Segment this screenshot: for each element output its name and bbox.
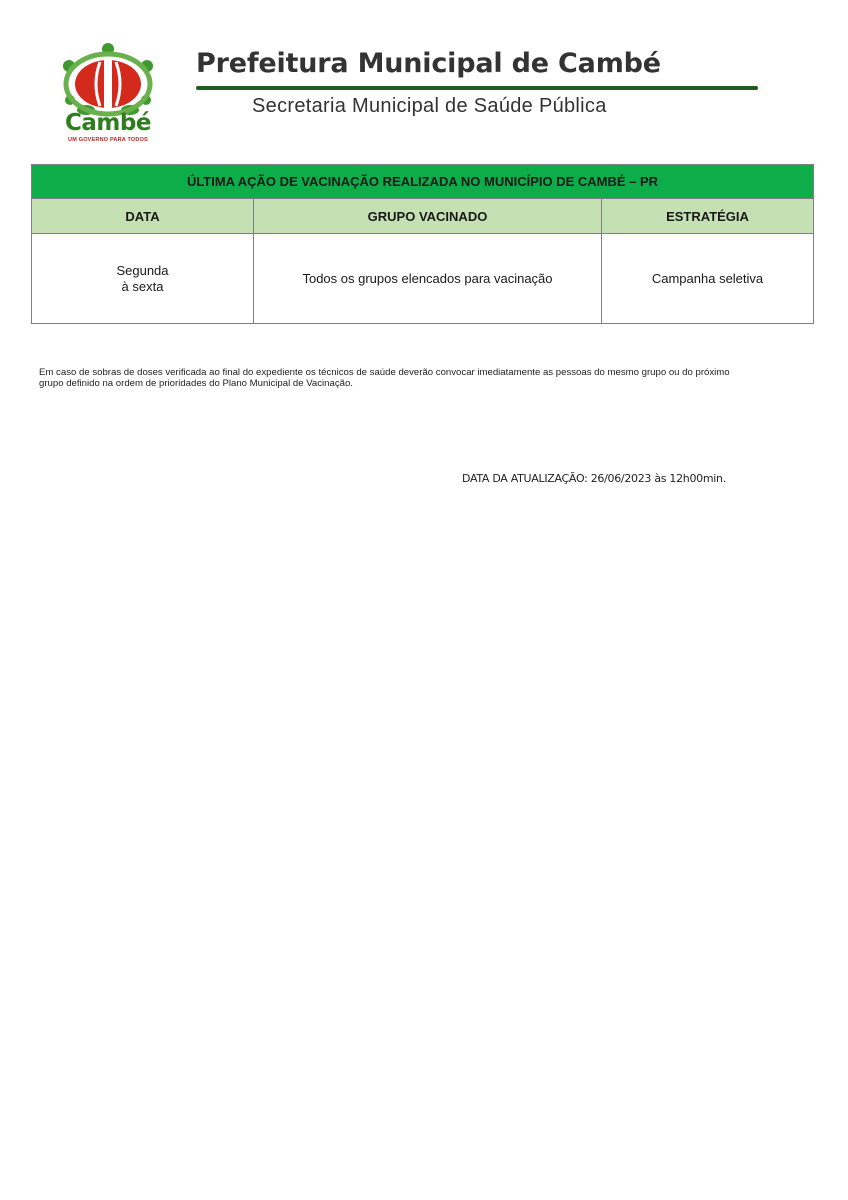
logo-slogan: UM GOVERNO PARA TODOS <box>52 138 164 144</box>
cell-data: Segunda à sexta <box>32 234 254 324</box>
cell-estrategia: Campanha seletiva <box>602 234 814 324</box>
column-header-grupo: GRUPO VACINADO <box>254 199 602 234</box>
table-title-row: ÚLTIMA AÇÃO DE VACINAÇÃO REALIZADA NO MU… <box>32 165 814 199</box>
table-header-row: DATA GRUPO VACINADO ESTRATÉGIA <box>32 199 814 234</box>
header-divider <box>196 86 758 90</box>
cell-data-line1: Segunda <box>116 263 168 278</box>
page-title: Prefeitura Municipal de Cambé <box>196 48 661 79</box>
logo-wordmark: Cambé <box>50 112 166 135</box>
column-header-data: DATA <box>32 199 254 234</box>
update-timestamp: DATA DA ATUALIZAÇÃO: 26/06/2023 às 12h00… <box>462 472 726 485</box>
dose-leftover-note: Em caso de sobras de doses verificada ao… <box>39 367 739 389</box>
cell-grupo: Todos os grupos elencados para vacinação <box>254 234 602 324</box>
column-header-estrategia: ESTRATÉGIA <box>602 199 814 234</box>
vaccination-table: ÚLTIMA AÇÃO DE VACINAÇÃO REALIZADA NO MU… <box>31 164 814 324</box>
page-subtitle: Secretaria Municipal de Saúde Pública <box>252 95 607 118</box>
table-title: ÚLTIMA AÇÃO DE VACINAÇÃO REALIZADA NO MU… <box>32 165 814 199</box>
cell-data-line2: à sexta <box>122 279 164 294</box>
table-row: Segunda à sexta Todos os grupos elencado… <box>32 234 814 324</box>
